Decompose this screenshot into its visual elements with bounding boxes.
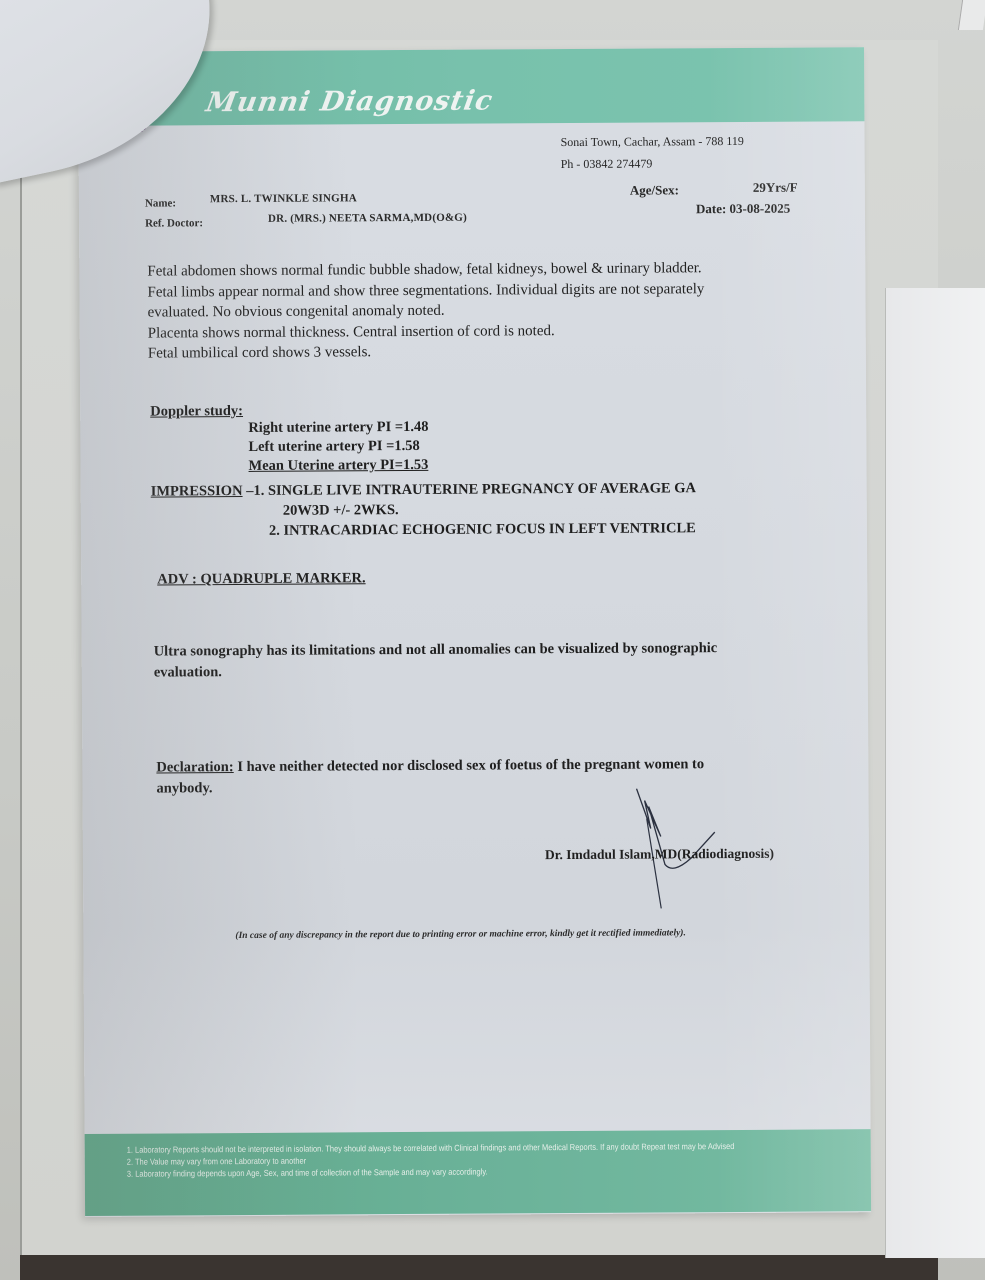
clinic-phone: Ph - 03842 274479 (561, 152, 744, 175)
doppler-title: Doppler study: (150, 403, 243, 421)
ref-doctor-label: Ref. Doctor: (145, 217, 203, 229)
right-uterine-pi: Right uterine artery PI =1.48 (248, 418, 428, 438)
mean-uterine-pi: Mean Uterine artery PI=1.53 (248, 456, 428, 476)
findings-paragraph: Fetal abdomen shows normal fundic bubble… (147, 258, 788, 364)
finding-line: Fetal limbs appear normal and show three… (147, 278, 787, 302)
doppler-section: Doppler study: Right uterine artery PI =… (150, 403, 243, 421)
clinic-address-block: Sonai Town, Cachar, Assam - 788 119 Ph -… (560, 130, 744, 175)
impression-label: IMPRESSION (151, 483, 243, 500)
impression-section: IMPRESSION –1. SINGLE LIVE INTRAUTERINE … (151, 480, 696, 500)
footer-notes: 1. Laboratory Reports should not be inte… (127, 1140, 735, 1180)
footer-band: 1. Laboratory Reports should not be inte… (85, 1129, 871, 1216)
side-paper-stack (885, 288, 985, 1258)
signing-doctor: Dr. Imdadul Islam,MD(Radiodiagnosis) (545, 846, 774, 863)
age-sex-value: 29Yrs/F (753, 180, 798, 196)
doppler-values: Right uterine artery PI =1.48 Left uteri… (248, 418, 429, 476)
limitations-line: Ultra sonography has its limitations and… (154, 638, 718, 662)
report-sheet: ML Group Munni Diagnostic Sonai Town, Ca… (78, 47, 871, 1217)
age-sex-label: Age/Sex: (630, 182, 679, 198)
table-edge (20, 1255, 938, 1280)
name-label: Name: (145, 197, 176, 209)
patient-name: MRS. L. TWINKLE SINGHA (210, 192, 357, 205)
impression-line-1: IMPRESSION –1. SINGLE LIVE INTRAUTERINE … (151, 480, 696, 500)
finding-line: Fetal umbilical cord shows 3 vessels. (148, 340, 788, 364)
impression-item-1-ga: 20W3D +/- 2WKS. (283, 502, 399, 520)
discrepancy-note: (In case of any discrepancy in the repor… (235, 928, 686, 941)
report-date: Date: 03-08-2025 (696, 201, 790, 218)
limitations-note: Ultra sonography has its limitations and… (154, 638, 718, 683)
declaration-text: I have neither detected nor disclosed se… (234, 756, 705, 775)
footer-note: 3. Laboratory finding depends upon Age, … (127, 1164, 735, 1180)
declaration-label: Declaration: (156, 759, 233, 775)
advice: ADV : QUADRUPLE MARKER. (157, 570, 365, 588)
clinic-address: Sonai Town, Cachar, Assam - 788 119 (560, 130, 743, 153)
impression-item-1: –1. SINGLE LIVE INTRAUTERINE PREGNANCY O… (242, 480, 696, 499)
side-paper-corner (958, 0, 985, 30)
left-uterine-pi: Left uterine artery PI =1.58 (248, 437, 428, 457)
limitations-line: evaluation. (154, 659, 718, 683)
brand-name: Munni Diagnostic (204, 85, 496, 118)
photo-scene: ML Group Munni Diagnostic Sonai Town, Ca… (0, 0, 985, 1280)
impression-item-2: 2. INTRACARDIAC ECHOGENIC FOCUS IN LEFT … (269, 520, 696, 540)
ref-doctor: DR. (MRS.) NEETA SARMA,MD(O&G) (268, 212, 467, 225)
declaration-line-1: Declaration: I have neither detected nor… (156, 754, 704, 778)
